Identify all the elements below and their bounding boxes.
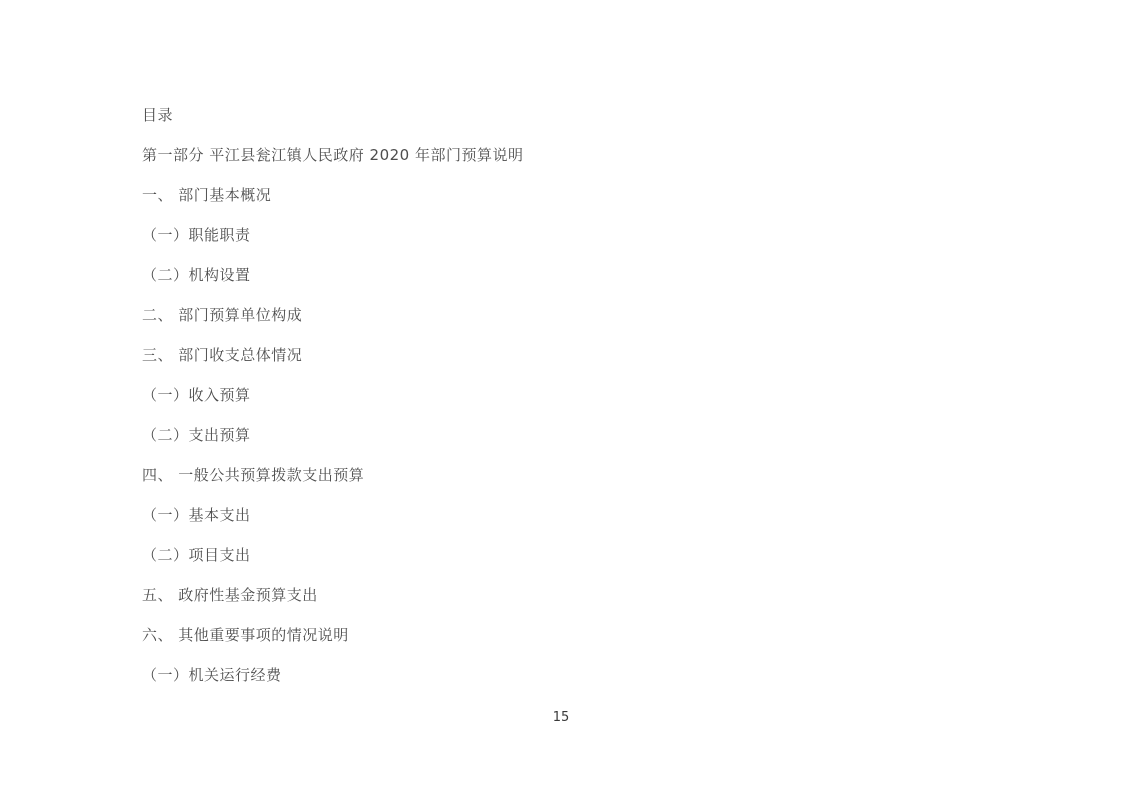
toc-entry: 五、 政府性基金预算支出 [142, 585, 1022, 625]
document-page: 目录 第一部分 平江县瓮江镇人民政府 2020 年部门预算说明 一、 部门基本概… [0, 0, 1122, 793]
toc-entry: （一）收入预算 [142, 385, 1022, 425]
page-number: 15 [0, 710, 1122, 725]
toc-entry: （一）职能职责 [142, 225, 1022, 265]
toc-title: 目录 [142, 105, 1022, 145]
part-heading: 第一部分 平江县瓮江镇人民政府 2020 年部门预算说明 [142, 145, 1022, 185]
table-of-contents: 目录 第一部分 平江县瓮江镇人民政府 2020 年部门预算说明 一、 部门基本概… [142, 105, 1022, 705]
toc-entry: （二）支出预算 [142, 425, 1022, 465]
toc-entry: 二、 部门预算单位构成 [142, 305, 1022, 345]
toc-entry: （一）基本支出 [142, 505, 1022, 545]
toc-entry: （一）机关运行经费 [142, 665, 1022, 705]
toc-entry: 一、 部门基本概况 [142, 185, 1022, 225]
toc-entry: （二）项目支出 [142, 545, 1022, 585]
toc-entry: 六、 其他重要事项的情况说明 [142, 625, 1022, 665]
toc-entry: （二）机构设置 [142, 265, 1022, 305]
toc-entry: 三、 部门收支总体情况 [142, 345, 1022, 385]
toc-entry: 四、 一般公共预算拨款支出预算 [142, 465, 1022, 505]
